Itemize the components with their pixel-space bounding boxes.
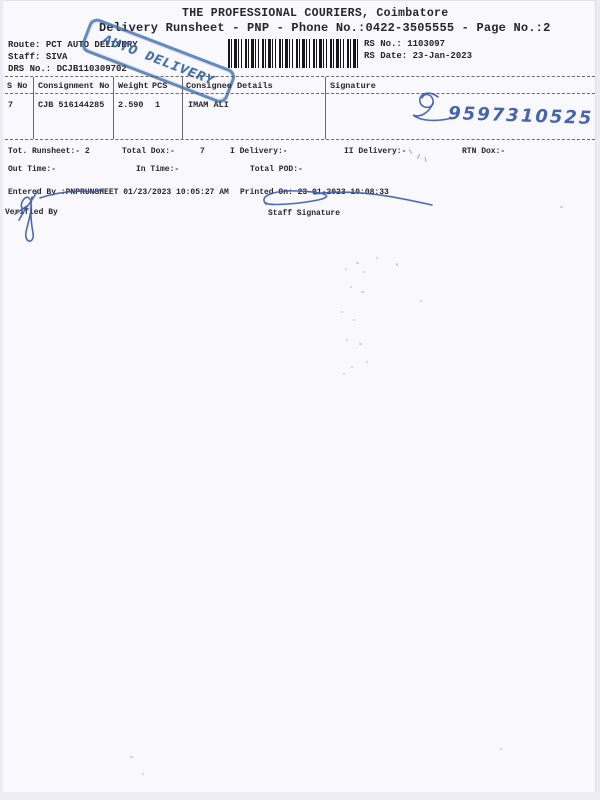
header-pcs: PCS (152, 81, 167, 91)
out-time-label: Out Time:- (8, 165, 56, 174)
scan-speck (366, 361, 368, 363)
scan-speck (376, 257, 378, 259)
cell-consignee: IMAM ALI (188, 100, 229, 110)
column-divider (113, 77, 114, 139)
scan-speck (353, 319, 355, 321)
total-dox-label: Total Dox:- (122, 147, 175, 156)
tot-runsheet-value: 2 (85, 147, 90, 156)
staff-line: Staff: SIVA (8, 52, 67, 62)
drs-line: DRS No.: DCJB110309702 (8, 64, 127, 74)
signature-digits: 9597310525 (448, 103, 594, 129)
scan-edge-bottom (0, 792, 600, 800)
scan-speck (396, 263, 398, 266)
handwritten-signature-phone: 9597310525 (408, 88, 598, 136)
cell-s-no: 7 (8, 100, 13, 110)
pencil-tick (409, 149, 412, 154)
scan-speck (346, 339, 348, 341)
drs-label: DRS No.: (8, 64, 51, 74)
cell-pcs: 1 (155, 100, 160, 110)
rs-no-value: 1103097 (407, 39, 445, 49)
scan-speck (356, 262, 359, 264)
rs-no-line: RS No.: 1103097 (364, 39, 445, 49)
rs-date-line: RS Date: 23-Jan-2023 (364, 51, 472, 61)
header-consignee-details: Consignee Details (186, 81, 273, 91)
rtn-dox-label: RTN Dox:- (462, 147, 505, 156)
total-dox-value: 7 (200, 147, 205, 156)
table-rule-bottom (0, 139, 600, 140)
scan-speck (345, 268, 347, 270)
staff-value: SIVA (46, 52, 68, 62)
i-delivery-label: I Delivery:- (230, 147, 288, 156)
header-consignment-no: Consignment No (38, 81, 109, 91)
drs-value: DCJB110309702 (57, 64, 127, 74)
cell-consignment-no: CJB 516144285 (38, 100, 104, 110)
scan-speck (343, 373, 345, 375)
runsheet-subtitle: Delivery Runsheet - PNP - Phone No.:0422… (99, 21, 550, 35)
scan-speck (350, 286, 352, 288)
header-signature: Signature (330, 81, 376, 91)
rs-date-label: RS Date: (364, 51, 407, 61)
tot-runsheet: Tot. Runsheet:- 2 (8, 147, 90, 156)
header-weight: Weight (118, 81, 149, 91)
total-pod-label: Total POD:- (250, 165, 303, 174)
table-rule-top (0, 76, 600, 77)
scan-speck (560, 206, 563, 208)
ii-delivery-label: II Delivery:- (344, 147, 406, 156)
cell-weight: 2.590 (118, 100, 144, 110)
pencil-tick (425, 157, 427, 162)
handwritten-signature-staff (256, 188, 441, 214)
in-time-label: In Time:- (136, 165, 179, 174)
scan-speck (351, 366, 353, 368)
route-label: Route: (8, 40, 40, 50)
company-title: THE PROFESSIONAL COURIERS, Coimbatore (182, 7, 448, 20)
runsheet-document: THE PROFESSIONAL COURIERS, Coimbatore De… (0, 0, 600, 800)
column-divider (33, 77, 34, 139)
tot-runsheet-label: Tot. Runsheet:- (8, 147, 80, 156)
scan-edge-left (0, 0, 3, 800)
scan-speck (500, 748, 502, 750)
column-divider (182, 77, 183, 139)
column-divider (325, 77, 326, 139)
barcode-icon (228, 39, 360, 68)
scan-speck (363, 271, 365, 273)
scan-speck (130, 756, 133, 758)
scan-speck (361, 291, 364, 293)
rs-date-value: 23-Jan-2023 (413, 51, 472, 61)
scan-speck (341, 311, 343, 313)
scan-speck (420, 300, 422, 302)
scan-edge-right (595, 0, 600, 800)
scan-speck (359, 343, 362, 345)
rs-no-label: RS No.: (364, 39, 402, 49)
scan-speck (142, 773, 144, 775)
pencil-tick (417, 154, 420, 159)
header-s-no: S No (7, 81, 27, 91)
handwritten-signature-verified-by (2, 178, 152, 250)
staff-label: Staff: (8, 52, 40, 62)
